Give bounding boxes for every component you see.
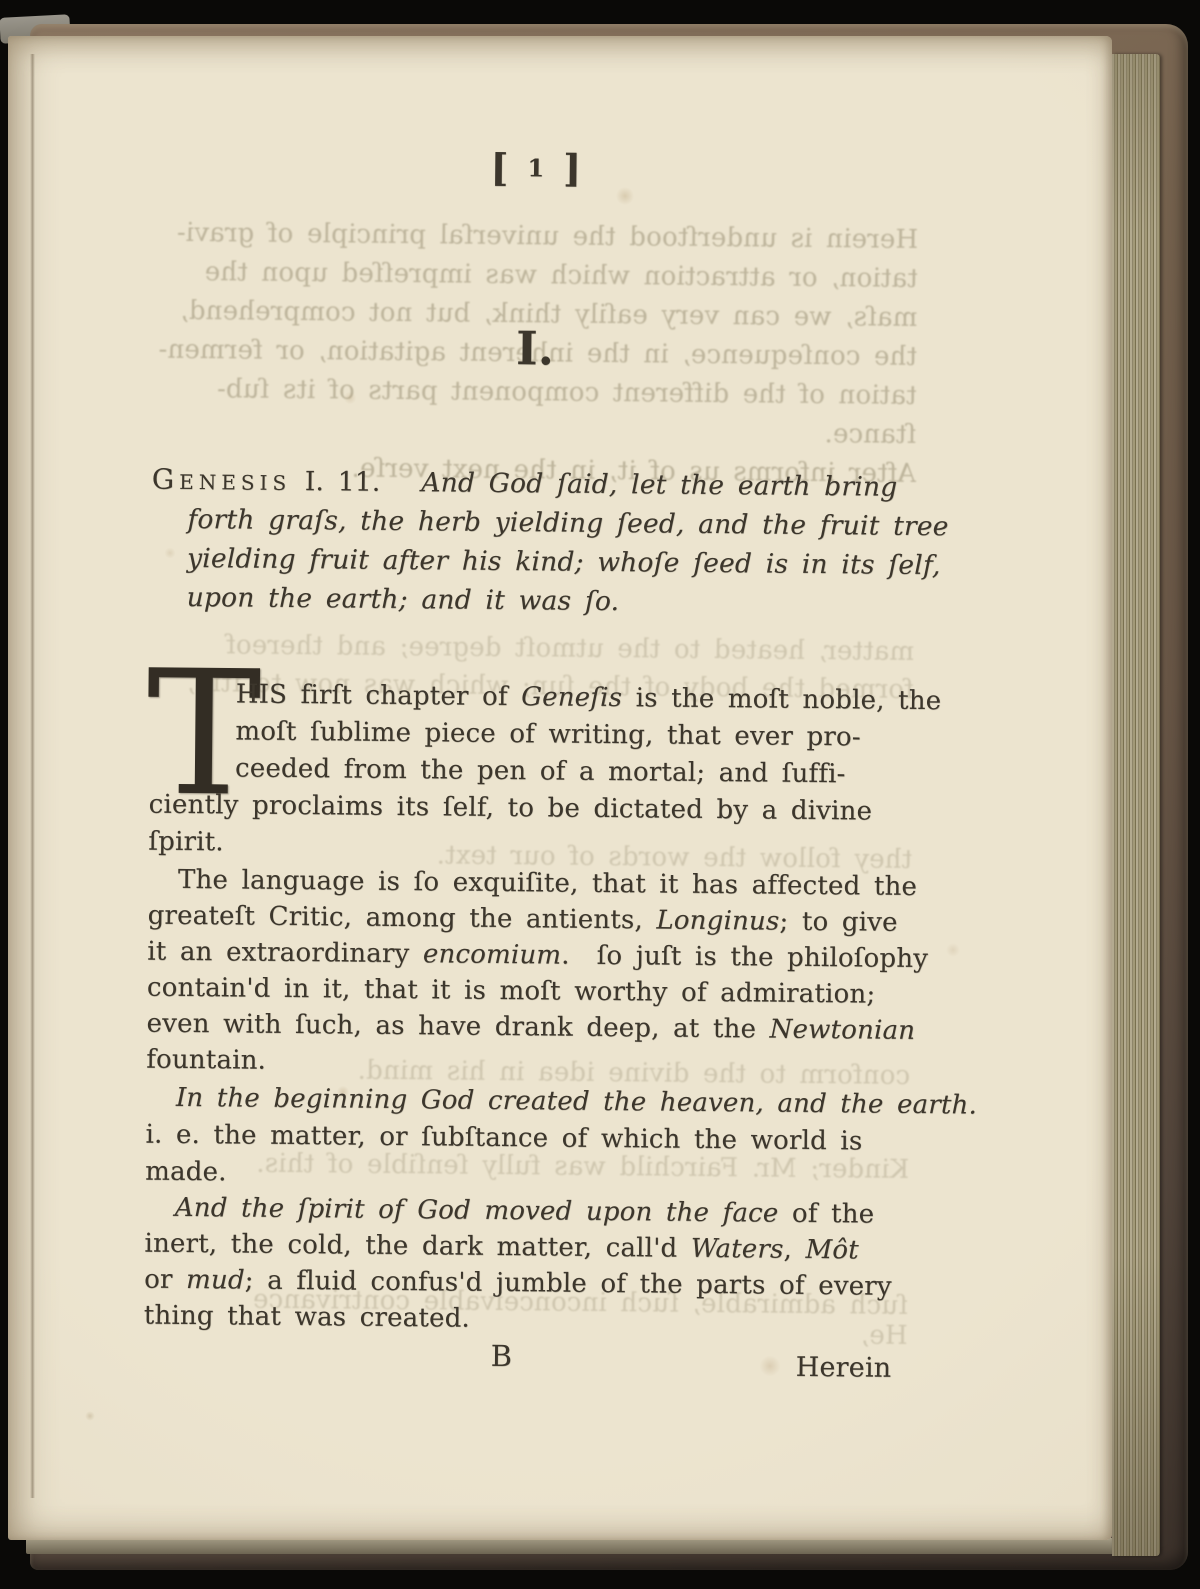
text-segment: ciently proclaims its ſelf, to be dictat… bbox=[149, 790, 873, 827]
text-segment: HIS firſt chapter of bbox=[236, 679, 522, 712]
text-segment: of the bbox=[778, 1199, 874, 1230]
page-text: Herein is underſtood the univerſal princ… bbox=[141, 0, 920, 1589]
text-segment: forth graſs, the herb yielding ſeed, and… bbox=[187, 504, 948, 542]
text-segment: encomium bbox=[423, 939, 562, 970]
text-segment: And God ſaid, let the earth bring bbox=[421, 467, 897, 503]
text-line: ciently proclaims its ſelf, to be dictat… bbox=[149, 787, 913, 831]
text-segment: Newtonian bbox=[769, 1015, 915, 1046]
folio-number: 1 bbox=[527, 153, 546, 182]
page-number: [1] bbox=[155, 142, 919, 194]
text-segment: I. 11. bbox=[291, 466, 421, 498]
text-segment: The language is ſo exquiſite, that it ha… bbox=[178, 865, 917, 902]
text-segment: ; a fluid confus'd jumble of the parts o… bbox=[245, 1266, 892, 1302]
text-segment: ceeded from the pen of a mortal; and ſuf… bbox=[235, 753, 846, 789]
paragraph-beginning: In the beginning God created the heaven,… bbox=[145, 1080, 910, 1198]
gutter-crease bbox=[30, 54, 35, 1498]
ghost-text-line: matter, heated to the utmoſt degree; and… bbox=[150, 630, 914, 667]
text-segment: it an extraordinary bbox=[147, 937, 423, 970]
text-segment: And the ſpirit of God moved upon the fac… bbox=[175, 1193, 779, 1229]
text-segment: greateſt Critic, among the antients, bbox=[148, 901, 657, 936]
page-edges-fore bbox=[1112, 54, 1160, 1556]
text-segment: is the moſt noble, the bbox=[622, 683, 941, 716]
text-segment: In the beginning God created the heaven,… bbox=[176, 1083, 977, 1121]
text-segment: ; to give bbox=[779, 907, 898, 938]
text-segment: fountain. bbox=[146, 1045, 266, 1076]
text-segment: , bbox=[783, 1235, 805, 1265]
text-segment: upon the earth; and it was ſo. bbox=[187, 582, 620, 617]
text-segment: . ſo juſt is the philoſophy bbox=[561, 941, 928, 975]
text-segment: Geneſis bbox=[521, 682, 622, 713]
paragraph-spirit: And the ſpirit of God moved upon the fac… bbox=[144, 1190, 909, 1341]
text-segment: Môt bbox=[805, 1235, 859, 1266]
text-line: ſpirit. bbox=[148, 824, 912, 868]
text-segment: inert, the cold, the dark matter, call'd bbox=[144, 1229, 691, 1264]
text-segment: Waters bbox=[691, 1234, 784, 1265]
page-footer: B Herein bbox=[143, 1334, 908, 1411]
section-heading: I. bbox=[153, 318, 917, 379]
text-segment: contain'd in it, that it is moſt worthy … bbox=[147, 973, 876, 1010]
folio-close-bracket: ] bbox=[563, 146, 583, 191]
text-segment: Longinus bbox=[656, 905, 779, 936]
epigraph-verse: Genesis I. 11. And God ſaid, let the ear… bbox=[151, 460, 916, 624]
folio-open-bracket: [ bbox=[490, 145, 510, 190]
showthrough-scattered: matter, heated to the utmoſt degree; and… bbox=[156, 0, 920, 7]
text-segment: mud bbox=[186, 1265, 245, 1296]
text-line: fountain. bbox=[146, 1042, 910, 1085]
text-segment: even with ſuch, as have drank deep, at t… bbox=[146, 1009, 769, 1045]
text-segment: or bbox=[144, 1265, 186, 1295]
paragraph-language: The language is ſo exquiſite, that it ha… bbox=[146, 862, 912, 1085]
text-segment: moſt ſublime piece of writing, that ever… bbox=[235, 716, 861, 752]
text-segment: ſpirit. bbox=[148, 827, 224, 858]
signature-mark: B bbox=[119, 1335, 883, 1376]
catchword: Herein bbox=[796, 1352, 892, 1384]
text-segment: thing that was created. bbox=[144, 1301, 470, 1334]
photograph-background: Herein is underſtood the univerſal princ… bbox=[0, 0, 1200, 1589]
text-line: i. e. the matter, or ſubſtance of which … bbox=[145, 1117, 909, 1161]
text-segment: made. bbox=[145, 1157, 227, 1188]
text-segment: Genesis bbox=[152, 463, 292, 497]
text-segment: yielding fruit after his kind; whoſe ſee… bbox=[187, 543, 941, 581]
paragraph-opening: HIS firſt chapter of Geneſis is the moſt… bbox=[148, 676, 914, 868]
text-line: upon the earth; and it was ſo. bbox=[151, 578, 915, 624]
text-segment: i. e. the matter, or ſubſtance of which … bbox=[145, 1120, 862, 1157]
